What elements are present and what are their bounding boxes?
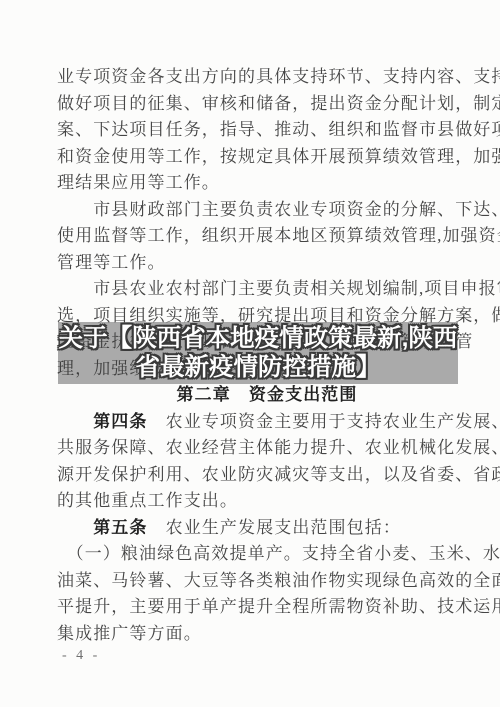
headline-overlay: 关于【陕西省本地疫情政策最新,陕西 省最新疫情防控措施】 (58, 322, 458, 384)
document-line: 第四条 农业专项资金主要用于支持农业生产发展、农业公 (57, 409, 477, 436)
document-line: 集成推广等方面。 (57, 621, 477, 648)
document-line: 市县财政部门主要负责农业专项资金的分解、下达、拨付及 (57, 197, 477, 224)
page-number: - 4 - (62, 648, 100, 664)
headline-line2: 省最新疫情防控措施】 (136, 353, 381, 382)
document-line: （一）粮油绿色高效提单产。支持全省小麦、玉米、水稻、 (57, 541, 477, 568)
document-line: 市县农业农村部门主要负责相关规划编制,项目申报审核筛 (57, 276, 477, 303)
document-line: 源开发保护利用、农业防灾减灾等支出，以及省委、省政府确定 (57, 462, 477, 489)
document-line: 理结果应用等工作。 (57, 170, 477, 197)
headline-line1: 关于【陕西省本地疫情政策最新,陕西 (59, 324, 458, 353)
document-line: 使用监督等工作，组织开展本地区预算绩效管理,加强资金监督 (57, 223, 477, 250)
document-line: 案、下达项目任务，指导、推动、组织和监督市县做好项目实施 (57, 117, 477, 144)
document-line: 共服务保障、农业经营主体能力提升、农业机械化发展、农业资 (57, 435, 477, 462)
document-page: 业专项资金各支出方向的具体支持环节、支持内容、支持标准，做好项目的征集、审核和储… (0, 0, 500, 707)
document-line: 平提升，主要用于单产提升全程所需物资补助、技术运用、试验 (57, 594, 477, 621)
document-line: 业专项资金各支出方向的具体支持环节、支持内容、支持标准， (57, 64, 477, 91)
document-line: 做好项目的征集、审核和储备，提出资金分配计划，制定实施方 (57, 91, 477, 118)
section-heading: 第二章 资金支出范围 (57, 382, 477, 409)
document-line: 管理等工作。 (57, 250, 477, 277)
document-line: 的其他重点工作支出。 (57, 488, 477, 515)
document-line: 和资金使用等工作，按规定具体开展预算绩效管理，加强绩效管 (57, 144, 477, 171)
document-line: 油菜、马铃薯、大豆等各类粮油作物实现绿色高效的全面单产水 (57, 568, 477, 595)
document-line: 第五条 农业生产发展支出范围包括： (57, 515, 477, 542)
